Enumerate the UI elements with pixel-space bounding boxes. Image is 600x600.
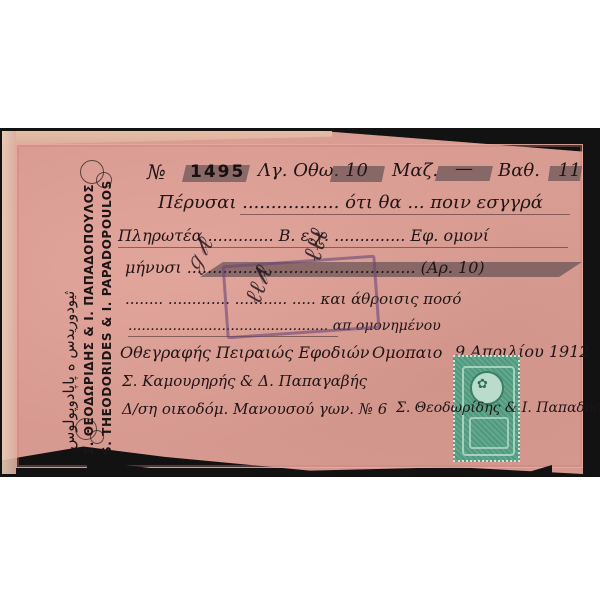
tughra-icon: ✿ bbox=[477, 377, 488, 392]
issuer-name-ottoman: ثیودوریدس ه پاپادوپولوس bbox=[60, 291, 78, 450]
location-label: Ομοπαιο bbox=[372, 343, 442, 362]
second-value: — bbox=[455, 158, 473, 179]
number-label: № bbox=[147, 160, 166, 184]
body-line-1: Πέρυσαι ................. ότι θα ... ποι… bbox=[158, 192, 543, 213]
second-label: Μαζ. bbox=[392, 160, 438, 181]
address: Δ/ση οικοδόμ. Μανουσού γων. № 6 bbox=[122, 400, 387, 418]
stamp-value-panel bbox=[469, 417, 509, 449]
signature: Σ. Θεοδωρίδης & Ι. Παπαδόπουλος bbox=[396, 400, 600, 416]
issuer-header: ثیودوریدس ه پاپادوپولوس Σ. ΘΕΟΔΩΡΙΔΗΣ & … bbox=[20, 160, 130, 450]
issuer-name-greek: Σ. ΘΕΟΔΩΡΙΔΗΣ & Ι. ΠΑΠΑΔΟΠΟΥΛΟΣ bbox=[82, 184, 96, 455]
third-value: 11 bbox=[558, 160, 581, 181]
amount-value: 10 bbox=[345, 160, 368, 181]
drawees: Σ. Καμουρηρής & Δ. Παπαγαβής bbox=[122, 372, 367, 390]
recipient-line: Οθεγραφής Πειραιώς Εφοδιών bbox=[120, 343, 370, 362]
document-number: 1495 bbox=[190, 162, 245, 182]
paper-worn-edge-left bbox=[2, 131, 16, 474]
issuer-name-latin: S. THEODORIDES & I. PAPADOPOULOS bbox=[100, 180, 114, 455]
third-label: Βαθ. bbox=[498, 160, 540, 181]
amount-label: Λγ. Οθω. bbox=[258, 160, 339, 181]
fill-rule bbox=[240, 214, 570, 215]
